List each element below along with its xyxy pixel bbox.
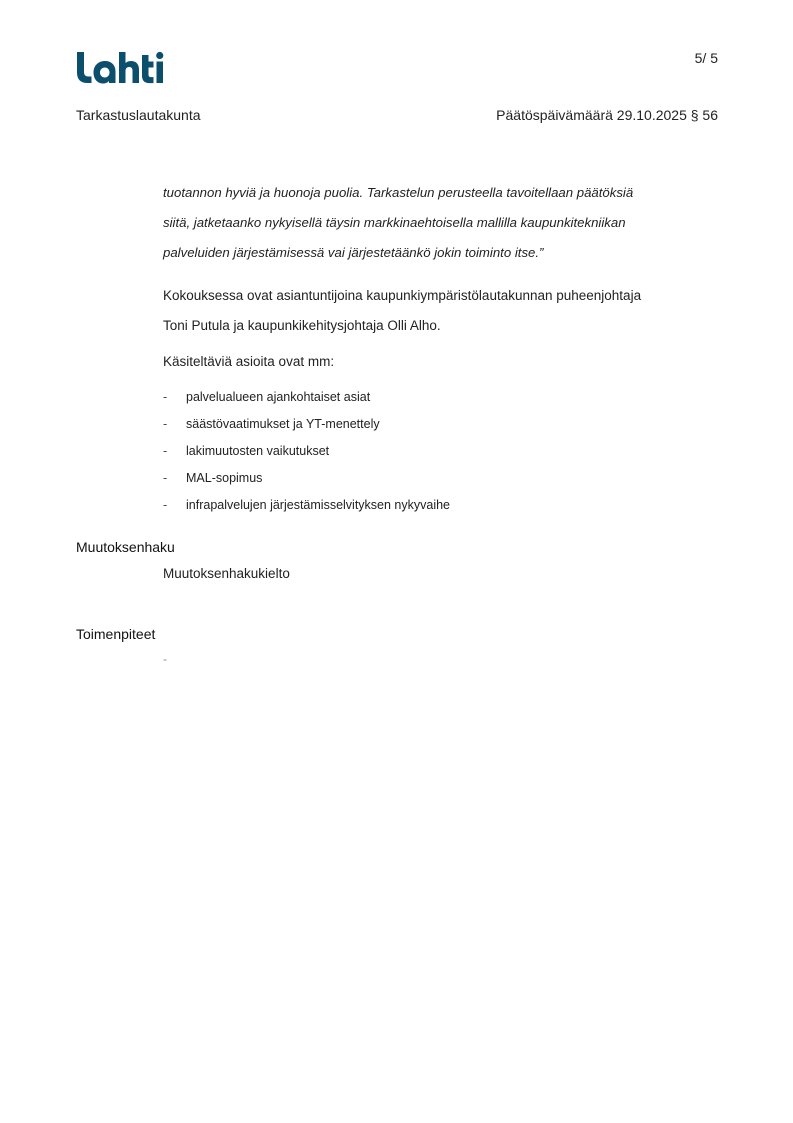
page-number: 5/ 5: [695, 50, 718, 66]
list-item: - infrapalvelujen järjestämisselvityksen…: [163, 495, 450, 522]
lahti-logo-icon: [75, 50, 167, 84]
bullet-dash: -: [163, 414, 186, 441]
list-item: - MAL-sopimus: [163, 468, 450, 495]
bullet-dash: -: [163, 495, 186, 522]
actions-value: -: [163, 652, 167, 666]
appeal-heading: Muutoksenhaku: [76, 539, 175, 555]
bullet-dash: -: [163, 441, 186, 468]
list-item-text: lakimuutosten vaikutukset: [186, 441, 329, 468]
paragraph-line: Toni Putula ja kaupunkikehitysjohtaja Ol…: [163, 311, 723, 341]
bullet-dash: -: [163, 468, 186, 495]
quote-line: palveluiden järjestämisessä vai järjeste…: [163, 238, 723, 268]
list-item-text: säästövaatimukset ja YT-menettely: [186, 414, 380, 441]
items-intro: Käsiteltäviä asioita ovat mm:: [163, 352, 723, 372]
quote-line: tuotannon hyviä ja huonoja puolia. Tarka…: [163, 178, 723, 208]
agenda-items-list: - palvelualueen ajankohtaiset asiat - sä…: [163, 387, 450, 522]
organization-name: Tarkastuslautakunta: [76, 107, 201, 123]
quoted-text: tuotannon hyviä ja huonoja puolia. Tarka…: [163, 178, 723, 268]
list-item: - palvelualueen ajankohtaiset asiat: [163, 387, 450, 414]
lahti-logo: [75, 44, 167, 84]
experts-paragraph: Kokouksessa ovat asiantuntijoina kaupunk…: [163, 281, 723, 341]
list-item: - lakimuutosten vaikutukset: [163, 441, 450, 468]
list-item: - säästövaatimukset ja YT-menettely: [163, 414, 450, 441]
actions-heading: Toimenpiteet: [76, 626, 155, 642]
list-item-text: MAL-sopimus: [186, 468, 262, 495]
quote-line: siitä, jatketaanko nykyisellä täysin mar…: [163, 208, 723, 238]
decision-date: Päätöspäivämäärä 29.10.2025 § 56: [496, 107, 718, 123]
paragraph-line: Kokouksessa ovat asiantuntijoina kaupunk…: [163, 281, 723, 311]
appeal-value: Muutoksenhakukielto: [163, 566, 290, 581]
bullet-dash: -: [163, 387, 186, 414]
list-item-text: palvelualueen ajankohtaiset asiat: [186, 387, 370, 414]
list-item-text: infrapalvelujen järjestämisselvityksen n…: [186, 495, 450, 522]
